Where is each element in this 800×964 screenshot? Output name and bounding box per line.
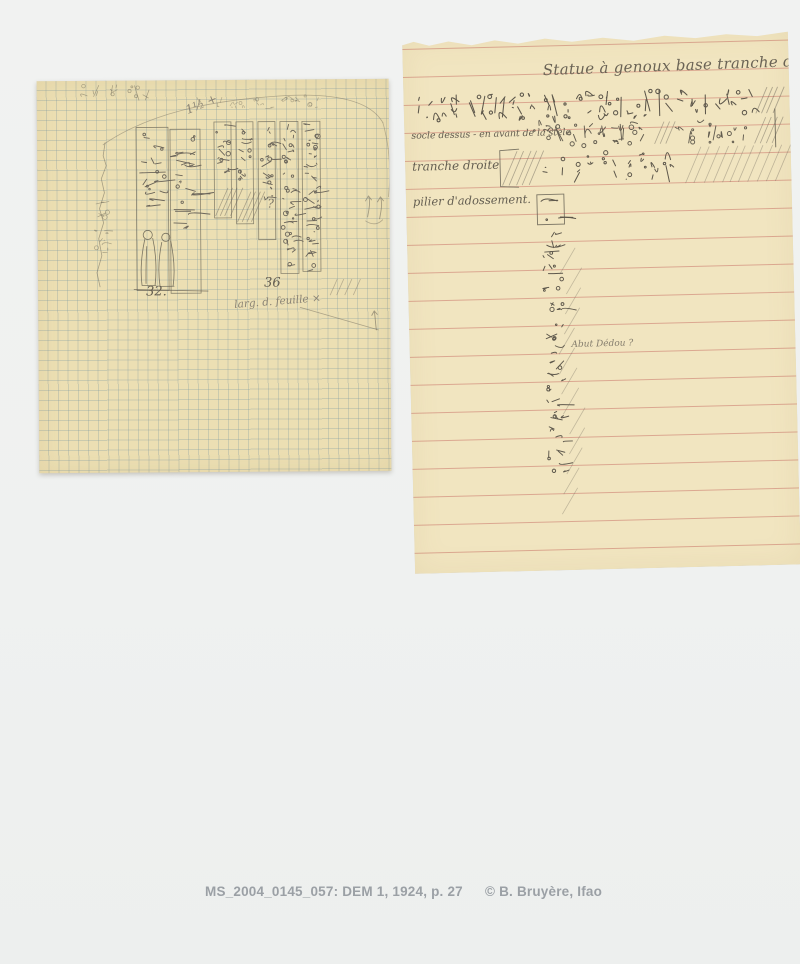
pilier-adossement-label: pilier d'adossement. (413, 194, 531, 208)
question-mark-note: ? (267, 198, 274, 210)
tranche-droite-label: tranche droite (412, 159, 499, 173)
left-notebook-page: 32. 36 larg. d. feuille × ? 1½ + (37, 79, 392, 473)
measurement-32: 32. (146, 285, 167, 298)
catalogue-caption: MS_2004_0145_057: DEM 1, 1924, p. 27 © B… (0, 884, 800, 904)
right-notebook-page: Statue à genoux base tranche droite socl… (402, 31, 800, 574)
column-annotation: Abut Dédou ? (571, 339, 633, 350)
copyright-credit: © B. Bruyère, Ifao (485, 884, 602, 899)
archive-scan-background: 32. 36 larg. d. feuille × ? 1½ + Statue … (0, 0, 800, 964)
hieroglyph-notes-svg (402, 31, 800, 574)
manuscript-reference: MS_2004_0145_057: DEM 1, 1924, p. 27 (205, 884, 463, 899)
measurement-36: 36 (264, 277, 281, 290)
stela-sketch-svg (37, 79, 392, 473)
